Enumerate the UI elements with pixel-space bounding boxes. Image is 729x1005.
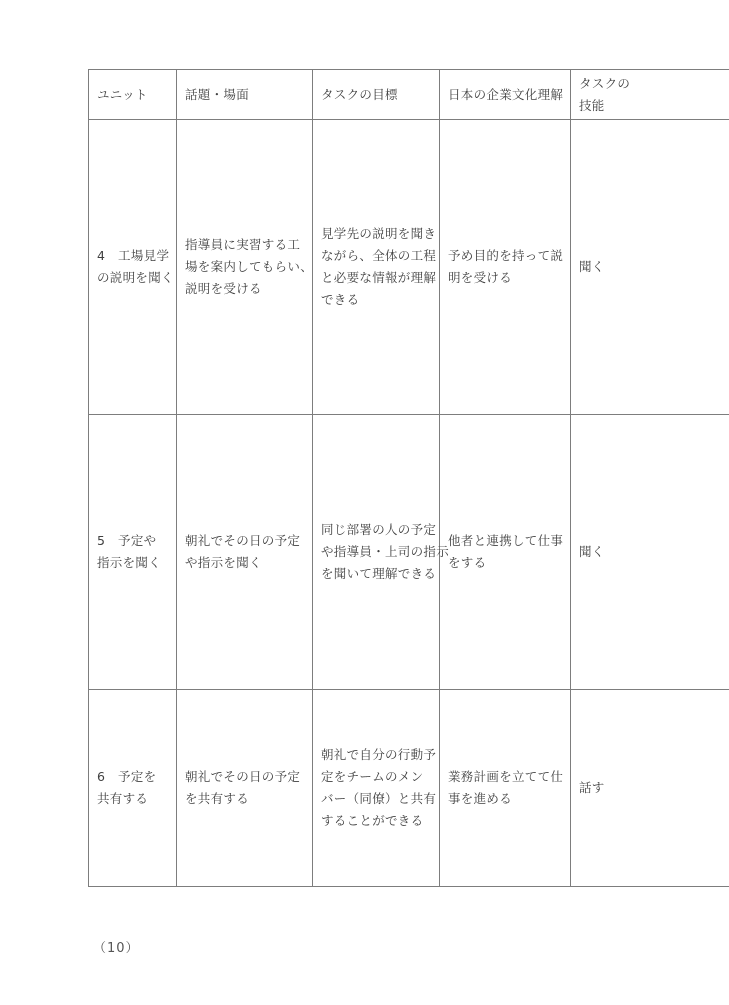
cell-skill: 聞く	[571, 415, 729, 690]
cell-topic: 朝礼でその日の予定 や指示を聞く	[177, 415, 313, 690]
col-header-culture: 日本の企業文化理解	[440, 70, 571, 120]
table-row-unit-5: 5 予定や 指示を聞く 朝礼でその日の予定 や指示を聞く 同じ部署の人の予定 や…	[89, 415, 729, 690]
col-header-topic: 話題・場面	[177, 70, 313, 120]
cell-unit: 6 予定を 共有する	[89, 690, 177, 887]
cell-skill: 話す	[571, 690, 729, 887]
cell-topic: 朝礼でその日の予定 を共有する	[177, 690, 313, 887]
table-row-unit-6: 6 予定を 共有する 朝礼でその日の予定 を共有する 朝礼で自分の行動予 定をチ…	[89, 690, 729, 887]
cell-topic: 指導員に実習する工 場を案内してもらい、 説明を受ける	[177, 120, 313, 415]
cell-culture: 業務計画を立てて仕 事を進める	[440, 690, 571, 887]
document-page: ユニット 話題・場面 タスクの目標 日本の企業文化理解 タスクの 技能 4 工場…	[0, 0, 729, 1005]
page-number: （10）	[93, 940, 140, 958]
cell-unit: 4 工場見学 の説明を聞く	[89, 120, 177, 415]
cell-goal: 朝礼で自分の行動予 定をチームのメン バー（同僚）と共有 することができる	[313, 690, 440, 887]
cell-culture: 他者と連携して仕事 をする	[440, 415, 571, 690]
cell-unit: 5 予定や 指示を聞く	[89, 415, 177, 690]
table-row-unit-4: 4 工場見学 の説明を聞く 指導員に実習する工 場を案内してもらい、 説明を受け…	[89, 120, 729, 415]
cell-goal: 同じ部署の人の予定 や指導員・上司の指示 を聞いて理解できる	[313, 415, 440, 690]
col-header-goal: タスクの目標	[313, 70, 440, 120]
cell-culture: 予め目的を持って説 明を受ける	[440, 120, 571, 415]
cell-goal: 見学先の説明を聞き ながら、全体の工程 と必要な情報が理解 できる	[313, 120, 440, 415]
col-header-unit: ユニット	[89, 70, 177, 120]
cell-skill: 聞く	[571, 120, 729, 415]
col-header-skill: タスクの 技能	[571, 70, 729, 120]
table-header-row: ユニット 話題・場面 タスクの目標 日本の企業文化理解 タスクの 技能	[89, 70, 729, 120]
curriculum-table: ユニット 話題・場面 タスクの目標 日本の企業文化理解 タスクの 技能 4 工場…	[88, 69, 729, 887]
